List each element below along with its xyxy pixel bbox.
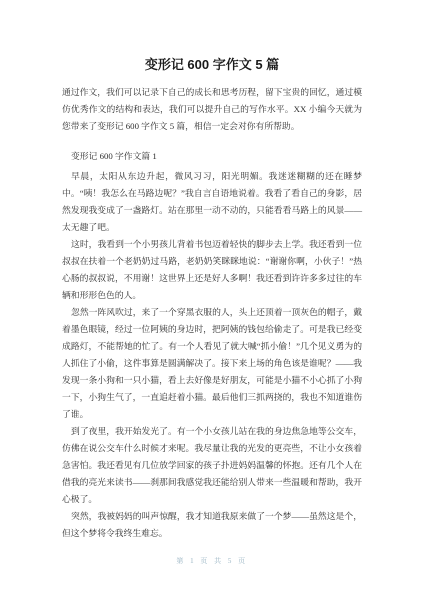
page-number-footer: 第 1 页 共 5 页 [62,556,362,566]
section-heading: 变形记 600 字作文篇 1 [62,148,362,165]
story-paragraph-4: 到了夜里，我开始发光了。有一个小女孩儿站在我的身边焦急地等公交车，仿佛在说公交车… [62,423,362,508]
story-paragraph-3: 忽然一阵风吹过，来了一个穿黑衣服的人，头上还顶着一顶灰色的帽子，戴着墨色眼镜，经… [62,304,362,423]
intro-paragraph: 通过作文，我们可以记录下自己的成长和思考历程，留下宝贵的回忆，通过模仿优秀作文的… [62,84,362,135]
story-paragraph-5: 突然，我被妈妈的叫声惊醒，我才知道我原来做了一个梦——虽然这是个，但这个梦将令我… [62,508,362,542]
document-title: 变形记 600 字作文 5 篇 [62,57,362,73]
document-page: 变形记 600 字作文 5 篇 通过作文，我们可以记录下自己的成长和思考历程，留… [0,0,424,600]
story-paragraph-2: 这时，我看到一个小男孩儿背着书包迈着轻快的脚步去上学。我还看到一位叔叔在扶着一个… [62,236,362,304]
story-paragraph-1: 早晨，太阳从东边升起，微风习习，阳光明媚。我迷迷糊糊的还在睡梦中。“咦！我怎么在… [62,168,362,236]
